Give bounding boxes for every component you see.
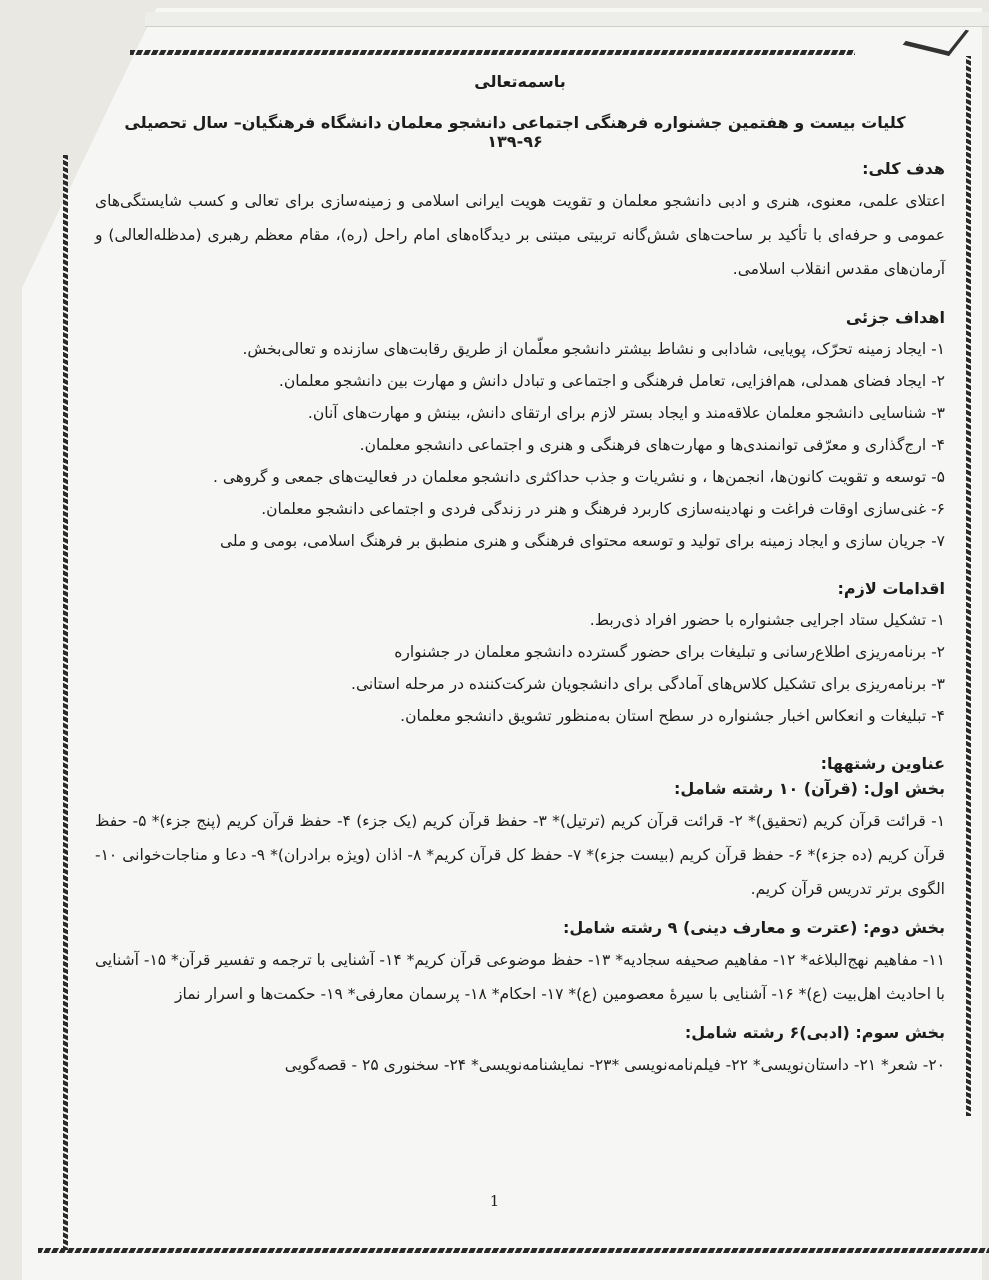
list-item: ۳- شناسایی دانشجو معلمان علاقه‌مند و ایج… [95, 397, 945, 429]
specific-goals-heading: اهداف جزئی [95, 308, 945, 327]
decorative-border-bottom [38, 1248, 989, 1253]
specific-goals-section: اهداف جزئی ۱- ایجاد زمینه تحرّک، پویایی،… [95, 308, 945, 557]
field-group-heading: بخش دوم: (عترت و معارف دینی) ۹ رشته شامل… [95, 918, 945, 937]
list-item: ۱- تشکیل ستاد اجرایی جشنواره با حضور افر… [95, 604, 945, 636]
list-item: ۴- ارج‌گذاری و معرّفی توانمندی‌ها و مهار… [95, 429, 945, 461]
decorative-border-left [63, 155, 68, 1250]
list-item: ۲- برنامه‌ریزی اطلاع‌رسانی و تبلیغات برا… [95, 636, 945, 668]
list-item: ۳- برنامه‌ریزی برای تشکیل کلاس‌های آمادگ… [95, 668, 945, 700]
paper-fold [145, 12, 989, 27]
specific-goals-list: ۱- ایجاد زمینه تحرّک، پویایی، شادابی و ن… [95, 333, 945, 557]
blessing-header: باسمه‌تعالی [95, 72, 945, 91]
field-group-heading: بخش اول: (قرآن) ۱۰ رشته شامل: [95, 779, 945, 798]
general-goal-text: اعتلای علمی، معنوی، هنری و ادبی دانشجو م… [95, 184, 945, 286]
decorative-border-top [130, 50, 855, 55]
field-group-text: ۲۰- شعر* ۲۱- داستان‌نویسی* ۲۲- فیلم‌نامه… [95, 1048, 945, 1082]
required-actions-heading: اقدامات لازم: [95, 579, 945, 598]
general-goal-heading: هدف کلی: [95, 159, 945, 178]
field-group-text: ۱۱- مفاهیم نهج‌البلاغه* ۱۲- مفاهیم صحیفه… [95, 943, 945, 1011]
list-item: ۴- تبلیغات و انعکاس اخبار جشنواره در سطح… [95, 700, 945, 732]
fields-section: عناوین رشتهها: بخش اول: (قرآن) ۱۰ رشته ش… [95, 754, 945, 1082]
list-item: ۱- ایجاد زمینه تحرّک، پویایی، شادابی و ن… [95, 333, 945, 365]
field-group-text: ۱- قرائت قرآن کریم (تحقیق)* ۲- قرائت قرآ… [95, 804, 945, 906]
page-number: 1 [0, 1192, 989, 1210]
field-group-quran: بخش اول: (قرآن) ۱۰ رشته شامل: ۱- قرائت ق… [95, 779, 945, 906]
fields-heading: عناوین رشتهها: [95, 754, 945, 773]
list-item: ۲- ایجاد فضای همدلی، هم‌افزایی، تعامل فر… [95, 365, 945, 397]
document-title: کلیات بیست و هفتمین جشنواره فرهنگی اجتما… [95, 113, 945, 151]
required-actions-section: اقدامات لازم: ۱- تشکیل ستاد اجرایی جشنوا… [95, 579, 945, 732]
list-item: ۷- جریان سازی و ایجاد زمینه برای تولید و… [95, 525, 945, 557]
field-group-literary: بخش سوم: (ادبی)۶ رشته شامل: ۲۰- شعر* ۲۱-… [95, 1023, 945, 1082]
general-goal-section: هدف کلی: اعتلای علمی، معنوی، هنری و ادبی… [95, 159, 945, 286]
list-item: ۵- توسعه و تقویت کانون‌ها، انجمن‌ها ، و … [95, 461, 945, 493]
document-body: باسمه‌تعالی کلیات بیست و هفتمین جشنواره … [95, 70, 945, 1082]
field-group-religious: بخش دوم: (عترت و معارف دینی) ۹ رشته شامل… [95, 918, 945, 1011]
field-group-heading: بخش سوم: (ادبی)۶ رشته شامل: [95, 1023, 945, 1042]
decorative-border-right [966, 56, 971, 1116]
required-actions-list: ۱- تشکیل ستاد اجرایی جشنواره با حضور افر… [95, 604, 945, 732]
list-item: ۶- غنی‌سازی اوقات فراغت و نهادینه‌سازی ک… [95, 493, 945, 525]
